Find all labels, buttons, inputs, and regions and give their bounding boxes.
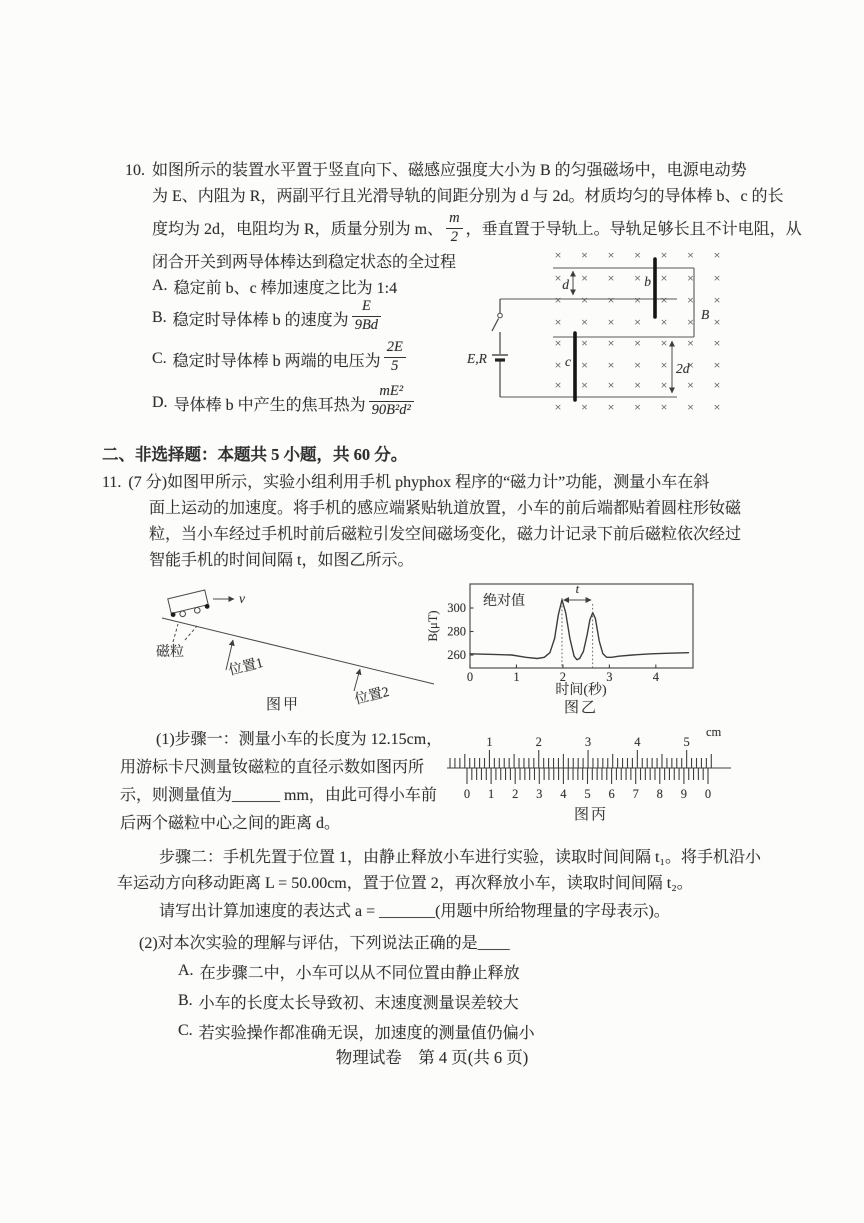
figure-bing-caption: 图丙 <box>574 806 608 823</box>
exam-page: 10.如图所示的装置水平置于竖直向下、磁感应强度大小为 B 的匀强磁场中，电源电… <box>0 0 864 1223</box>
svg-text:×: × <box>581 293 588 307</box>
svg-text:5: 5 <box>684 735 690 749</box>
q10-circuit-figure: ××××××××××××××××××××××××××××××××××××××××… <box>462 243 754 425</box>
pos1-label: 位置1 <box>227 655 265 679</box>
svg-text:×: × <box>661 336 668 350</box>
svg-text:×: × <box>714 378 721 392</box>
q10-number: 10. <box>125 162 145 179</box>
svg-text:1: 1 <box>486 735 492 749</box>
svg-text:×: × <box>608 315 615 329</box>
gap-2d-label: 2d <box>676 361 690 376</box>
svg-text:×: × <box>687 400 694 414</box>
svg-text:×: × <box>608 378 615 392</box>
svg-text:×: × <box>608 271 615 285</box>
svg-text:×: × <box>608 400 615 414</box>
q11-line-3: 粒，当小车经过手机时前后磁粒引发空间磁场变化，磁力计记录下前后磁粒依次经过 <box>102 522 772 548</box>
q10-option-b: B. 稳定时导体棒 b 的速度为 E9Bd <box>152 298 417 338</box>
svg-text:×: × <box>555 400 562 414</box>
svg-text:×: × <box>714 315 721 329</box>
q11-figure-jia: v 磁粒 位置1 位置2 图甲 <box>140 580 440 715</box>
svg-text:×: × <box>714 400 721 414</box>
expression-line: 请写出计算加速度的表达式 a = _______(用题中所给物理量的字母表示)。 <box>117 899 777 925</box>
svg-text:×: × <box>714 271 721 285</box>
pos2-arrow <box>354 669 360 691</box>
svg-text:×: × <box>687 271 694 285</box>
svg-text:×: × <box>714 293 721 307</box>
svg-text:0: 0 <box>464 787 470 801</box>
q10-options: A. 稳定前 b、c 棒加速度之比为 1:4 B. 稳定时导体棒 b 的速度为 … <box>152 274 417 426</box>
svg-text:×: × <box>661 293 668 307</box>
q11-option-b: B. 小车的长度太长导致初、末速度测量误差较大 <box>178 986 535 1016</box>
part2-line: (2)对本次实验的理解与评估，下列说法正确的是____ <box>117 931 777 957</box>
chart-title: 绝对值 <box>483 592 525 609</box>
switch-blade <box>492 319 499 332</box>
svg-text:2: 2 <box>536 735 542 749</box>
svg-text:4: 4 <box>653 670 660 684</box>
svg-text:7: 7 <box>633 787 639 801</box>
svg-text:×: × <box>634 271 641 285</box>
svg-text:×: × <box>687 315 694 329</box>
pos2-label: 位置2 <box>353 684 391 708</box>
svg-text:×: × <box>687 293 694 307</box>
q10-line-2: 为 E、内阻为 R，两副平行且光滑导轨的间距分别为 d 与 2d。材质均匀的导体… <box>125 184 785 210</box>
q11-part2-options: A. 在步骤二中，小车可以从不同位置由静止释放 B. 小车的长度太长导致初、末速… <box>178 956 535 1046</box>
q11-line-1: 11.(7 分)如图甲所示，实验小组利用手机 phyphox 程序的“磁力计”功… <box>102 470 772 496</box>
cart <box>167 590 211 620</box>
svg-text:9: 9 <box>681 787 687 801</box>
cart-body <box>168 590 208 614</box>
svg-text:0: 0 <box>705 787 711 801</box>
fraction-me2-over-90b2d2: mE²90B²d² <box>369 384 414 419</box>
svg-text:×: × <box>555 378 562 392</box>
magnet-label: 磁粒 <box>156 643 184 660</box>
part1-line-1: (1)步骤一：测量小车的长度为 12.15cm， <box>120 726 460 754</box>
svg-text:×: × <box>634 315 641 329</box>
velocity-label: v <box>239 591 245 606</box>
step2-line-1: 步骤二：手机先置于位置 1，由静止释放小车进行实验，读取时间间隔 t₁。将手机沿… <box>117 845 777 871</box>
switch-pivot <box>498 313 503 318</box>
svg-text:3: 3 <box>606 670 612 684</box>
gap-d-label: d <box>562 277 569 292</box>
chart-xlabel: 时间(秒) <box>555 681 607 698</box>
q11-step2-block: 步骤二：手机先置于位置 1，由静止释放小车进行实验，读取时间间隔 t₁。将手机沿… <box>117 845 777 957</box>
q11-number: 11. <box>102 474 121 491</box>
svg-text:×: × <box>714 248 721 262</box>
svg-text:×: × <box>555 271 562 285</box>
q11-part1: (1)步骤一：测量小车的长度为 12.15cm， 用游标卡尺测量钕磁粒的直径示数… <box>120 726 460 838</box>
svg-text:1: 1 <box>513 670 519 684</box>
svg-text:×: × <box>661 358 668 372</box>
svg-text:×: × <box>661 248 668 262</box>
svg-text:×: × <box>581 400 588 414</box>
svg-text:5: 5 <box>584 787 590 801</box>
q10-option-d: D. 导体棒 b 中产生的焦耳热为 mE²90B²d² <box>152 380 417 426</box>
svg-text:×: × <box>661 400 668 414</box>
svg-text:2: 2 <box>560 670 566 684</box>
svg-text:1: 1 <box>488 787 494 801</box>
svg-text:280: 280 <box>447 625 466 639</box>
q11-option-c: C. 若实验操作都准确无误，加速度的测量值仍偏小 <box>178 1016 535 1046</box>
flux-grid: ××××××××××××××××××××××××××××××××××××××××… <box>555 248 721 414</box>
fraction-2e-over-5: 2E5 <box>384 340 406 375</box>
svg-text:0: 0 <box>467 670 473 684</box>
fraction-m-over-2: m2 <box>446 211 462 246</box>
svg-text:×: × <box>555 358 562 372</box>
page-footer: 物理试卷 第 4 页(共 6 页) <box>0 1044 864 1068</box>
svg-text:3: 3 <box>585 735 591 749</box>
svg-text:×: × <box>608 293 615 307</box>
svg-text:2: 2 <box>512 787 518 801</box>
svg-text:×: × <box>581 336 588 350</box>
q11-line-4: 智能手机的时间间隔 t，如图乙所示。 <box>102 548 772 574</box>
svg-text:×: × <box>661 315 668 329</box>
svg-text:×: × <box>581 378 588 392</box>
svg-text:8: 8 <box>657 787 663 801</box>
svg-text:×: × <box>634 336 641 350</box>
q11-figure-yi-chart: 01234260280300t 绝对值 B(μT) 时间(秒) 图乙 <box>423 576 725 718</box>
incline-line <box>162 618 434 684</box>
svg-text:×: × <box>555 248 562 262</box>
section-2-heading: 二、非选择题：本题共 5 小题，共 60 分。 <box>102 442 407 468</box>
chart-ylabel: B(μT) <box>426 611 440 642</box>
svg-text:×: × <box>634 400 641 414</box>
q11-option-a: A. 在步骤二中，小车可以从不同位置由静止释放 <box>178 956 535 986</box>
svg-text:×: × <box>687 378 694 392</box>
bar-b-label: b <box>644 274 651 289</box>
svg-text:×: × <box>608 336 615 350</box>
svg-text:×: × <box>555 336 562 350</box>
svg-text:×: × <box>581 248 588 262</box>
svg-text:×: × <box>608 358 615 372</box>
svg-text:×: × <box>581 271 588 285</box>
question-11-stem: 11.(7 分)如图甲所示，实验小组利用手机 phyphox 程序的“磁力计”功… <box>102 470 772 574</box>
battery-er-label: E,R <box>466 351 488 366</box>
magnet-front <box>204 603 210 609</box>
svg-text:4: 4 <box>560 787 567 801</box>
svg-text:4: 4 <box>634 735 641 749</box>
step2-line-2: 车运动方向移动距离 L = 50.00cm，置于位置 2，再次释放小车，读取时间… <box>117 871 777 897</box>
fraction-e-over-9bd: E9Bd <box>352 299 381 334</box>
figure-jia-caption: 图甲 <box>266 696 300 713</box>
q10-line-1: 10.如图所示的装置水平置于竖直向下、磁感应强度大小为 B 的匀强磁场中，电源电… <box>125 158 785 184</box>
svg-text:×: × <box>555 293 562 307</box>
magnet-pointer-2 <box>185 626 197 640</box>
caliper-unit: cm <box>706 725 722 739</box>
part1-line-4: 后两个磁粒中心之间的距离 d。 <box>120 810 460 838</box>
svg-text:300: 300 <box>447 601 466 615</box>
part1-line-3: 示，则测量值为______ mm，由此可得小车前 <box>120 782 460 810</box>
q11-figure-bing-caliper: 1234501234567890 cm 图丙 <box>443 724 743 824</box>
svg-text:×: × <box>555 315 562 329</box>
svg-text:×: × <box>608 248 615 262</box>
svg-text:t: t <box>576 582 580 596</box>
q10-option-c: C. 稳定时导体棒 b 两端的电压为 2E5 <box>152 338 417 380</box>
svg-text:260: 260 <box>447 648 466 662</box>
svg-text:×: × <box>581 358 588 372</box>
bar-c-label: c <box>565 354 571 369</box>
svg-text:×: × <box>687 248 694 262</box>
field-b-label: B <box>701 307 709 322</box>
svg-text:×: × <box>581 315 588 329</box>
svg-text:6: 6 <box>608 787 614 801</box>
svg-text:×: × <box>634 358 641 372</box>
figure-yi-caption: 图乙 <box>564 699 598 716</box>
svg-text:3: 3 <box>536 787 542 801</box>
svg-text:×: × <box>714 336 721 350</box>
q11-line-2: 面上运动的加速度。将手机的感应端紧贴轨道放置，小车的前后端都贴着圆柱形钕磁 <box>102 496 772 522</box>
svg-text:×: × <box>714 358 721 372</box>
svg-text:×: × <box>661 378 668 392</box>
part1-line-2: 用游标卡尺测量钕磁粒的直径示数如图丙所 <box>120 754 460 782</box>
svg-text:×: × <box>687 336 694 350</box>
magnet-pointer-1 <box>173 624 178 642</box>
svg-text:×: × <box>661 271 668 285</box>
svg-text:×: × <box>634 248 641 262</box>
svg-text:×: × <box>634 378 641 392</box>
svg-text:×: × <box>634 293 641 307</box>
q10-option-a: A. 稳定前 b、c 棒加速度之比为 1:4 <box>152 274 417 298</box>
